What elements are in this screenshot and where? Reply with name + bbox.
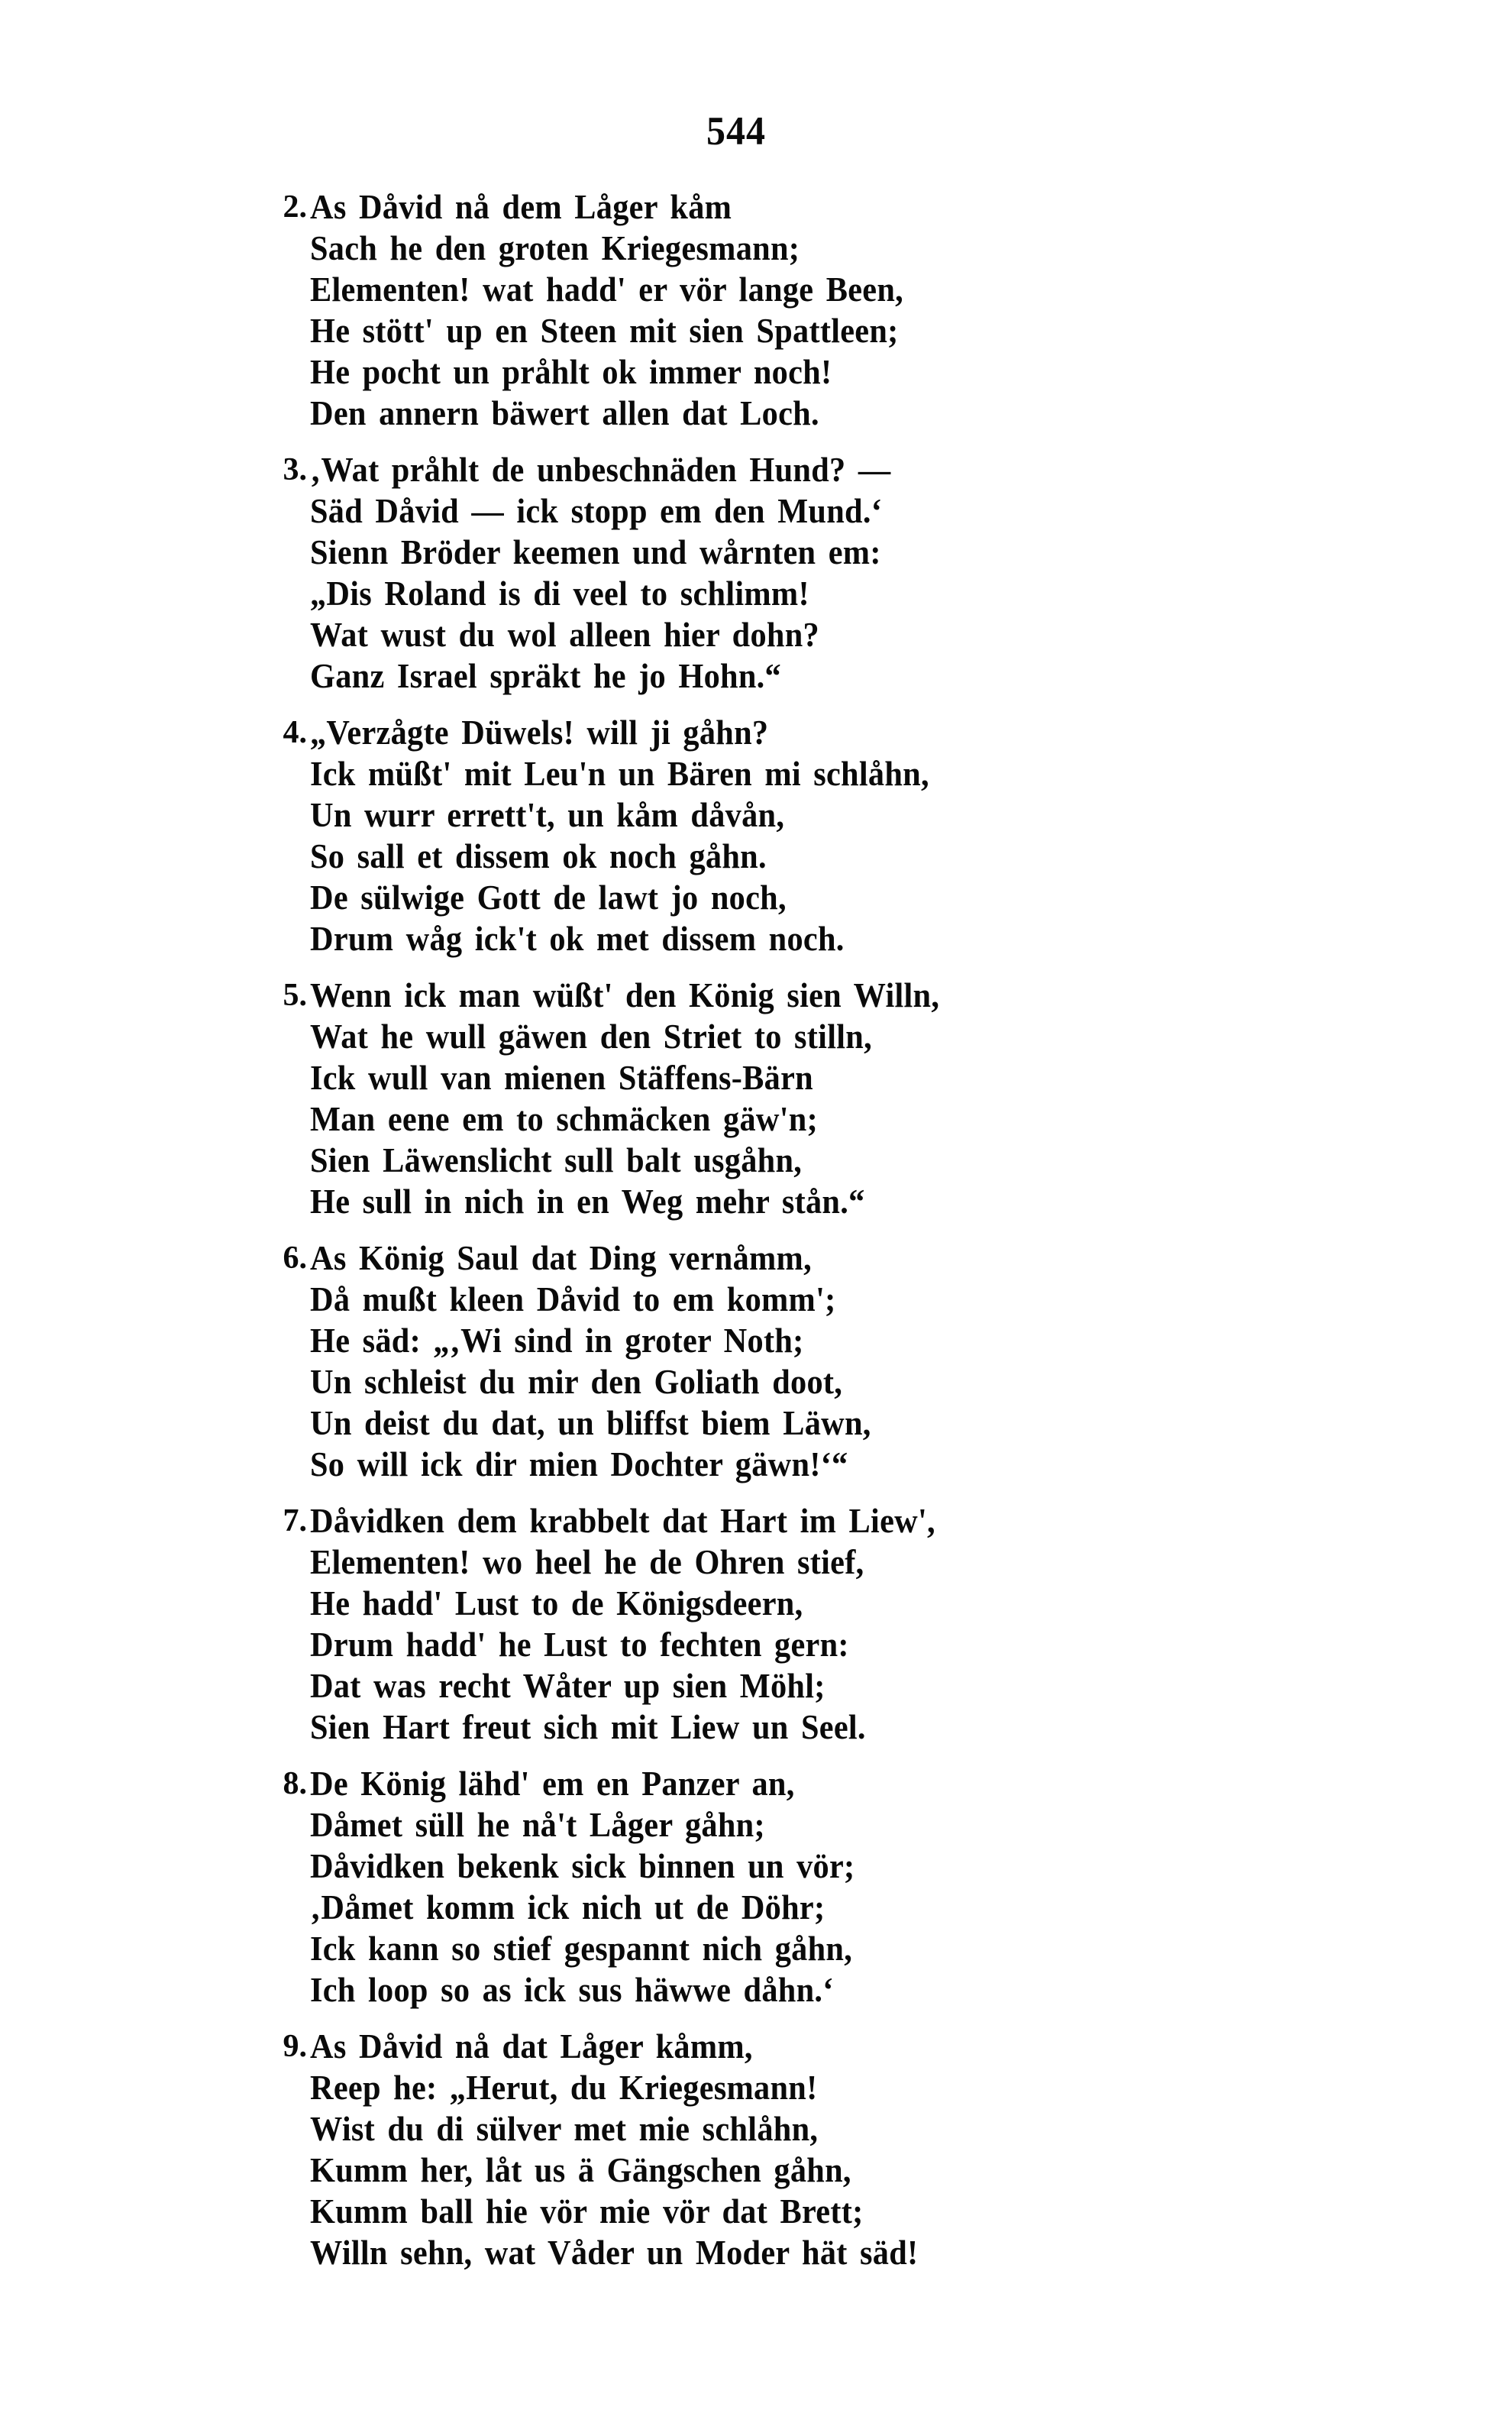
verse-line: Drum wåg ick't ok met dissem noch. [310, 918, 1045, 959]
stanza: 6. As König Saul dat Ding vernåmm, Då mu… [269, 1237, 1109, 1485]
stanza: 5. Wenn ick man wüßt' den König sien Wil… [269, 975, 1109, 1222]
stanza-lines: ‚Wat pråhlt de unbeschnäden Hund? — Säd … [310, 449, 1109, 697]
verse-line: Willn sehn, wat Våder un Moder hät säd! [310, 2232, 1045, 2273]
stanza-lines: As König Saul dat Ding vernåmm, Då mußt … [310, 1237, 1109, 1485]
stanza-number: 3. [269, 449, 307, 490]
verse-line: As König Saul dat Ding vernåmm, [310, 1237, 1045, 1279]
verse-line: Drum hadd' he Lust to fechten gern: [310, 1624, 1045, 1665]
verse-line: Säd Dåvid — ick stopp em den Mund.‘ [310, 490, 1045, 532]
verse-line: He hadd' Lust to de Königsdeern, [310, 1583, 1045, 1624]
verse-line: „Verzågte Düwels! will ji gåhn? [310, 712, 1045, 753]
verse-line: Un deist du dat, un bliffst biem Läwn, [310, 1402, 1045, 1444]
verse-line: De sülwige Gott de lawt jo noch, [310, 877, 1045, 918]
stanza-number: 6. [269, 1237, 307, 1279]
verse-line: Dåvidken bekenk sick binnen un vör; [310, 1846, 1045, 1887]
verse-line: He sull in nich in en Weg mehr stån.“ [310, 1181, 1045, 1222]
verse-line: He stött' up en Steen mit sien Spattleen… [310, 310, 1045, 351]
page-number: 544 [0, 112, 1512, 150]
verse-line: Ich loop so as ick sus häwwe dåhn.‘ [310, 1969, 1045, 2011]
stanza-lines: Wenn ick man wüßt' den König sien Willn,… [310, 975, 1109, 1222]
verse-line: Un wurr errett't, un kåm dåvån, [310, 794, 1045, 836]
stanza-number: 7. [269, 1500, 307, 1542]
stanza: 9. As Dåvid nå dat Låger kåmm, Reep he: … [269, 2026, 1109, 2273]
stanza-number: 2. [269, 186, 307, 228]
verse-line: Dåvidken dem krabbelt dat Hart im Liew', [310, 1500, 1045, 1542]
stanza: 4. „Verzågte Düwels! will ji gåhn? Ick m… [269, 712, 1109, 959]
stanza-number: 5. [269, 975, 307, 1016]
verse-line: Sien Hart freut sich mit Liew un Seel. [310, 1706, 1045, 1748]
verse-line: He säd: „‚Wi sind in groter Noth; [310, 1320, 1045, 1361]
stanza-number: 8. [269, 1763, 307, 1804]
verse-line: Wist du di sülver met mie schlåhn, [310, 2108, 1045, 2150]
verse-line: Reep he: „Herut, du Kriegesmann! [310, 2067, 1045, 2108]
verse-line: ‚Wat pråhlt de unbeschnäden Hund? — [310, 449, 1045, 490]
verse-line: Kumm ball hie vör mie vör dat Brett; [310, 2191, 1045, 2232]
verse-line: Kumm her, låt us ä Gängschen gåhn, [310, 2150, 1045, 2191]
verse-line: As Dåvid nå dat Låger kåmm, [310, 2026, 1045, 2067]
verse-line: Man eene em to schmäcken gäw'n; [310, 1098, 1045, 1140]
verse-line: Ick müßt' mit Leu'n un Bären mi schlåhn, [310, 753, 1045, 794]
page-number-text: 544 [706, 111, 766, 151]
verse-line: Ganz Israel spräkt he jo Hohn.“ [310, 655, 1045, 697]
verse-line: Elementen! wat hadd' er vör lange Been, [310, 269, 1045, 310]
verse-line: As Dåvid nå dem Låger kåm [310, 186, 1045, 228]
verse-line: Sien Läwenslicht sull balt usgåhn, [310, 1140, 1045, 1181]
verse-line: Wenn ick man wüßt' den König sien Willn, [310, 975, 1045, 1016]
poem: 2. As Dåvid nå dem Låger kåm Sach he den… [269, 186, 1109, 2289]
stanza: 7. Dåvidken dem krabbelt dat Hart im Lie… [269, 1500, 1109, 1748]
verse-line: Wat wust du wol alleen hier dohn? [310, 614, 1045, 655]
stanza: 3. ‚Wat pråhlt de unbeschnäden Hund? — S… [269, 449, 1109, 697]
verse-line: Den annern bäwert allen dat Loch. [310, 393, 1045, 434]
verse-line: Dat was recht Wåter up sien Möhl; [310, 1665, 1045, 1706]
stanza-number: 9. [269, 2026, 307, 2067]
verse-line: He pocht un pråhlt ok immer noch! [310, 351, 1045, 393]
stanza: 2. As Dåvid nå dem Låger kåm Sach he den… [269, 186, 1109, 434]
stanza-lines: De König lähd' em en Panzer an, Dåmet sü… [310, 1763, 1109, 2011]
verse-line: Sienn Bröder keemen und wårnten em: [310, 532, 1045, 573]
verse-line: De König lähd' em en Panzer an, [310, 1763, 1045, 1804]
verse-line: Då mußt kleen Dåvid to em komm'; [310, 1279, 1045, 1320]
stanza-number: 4. [269, 712, 307, 753]
stanza: 8. De König lähd' em en Panzer an, Dåmet… [269, 1763, 1109, 2011]
stanza-lines: As Dåvid nå dem Låger kåm Sach he den gr… [310, 186, 1109, 434]
verse-line: Sach he den groten Kriegesmann; [310, 228, 1045, 269]
verse-line: ‚Dåmet komm ick nich ut de Döhr; [310, 1887, 1045, 1928]
verse-line: Dåmet süll he nå't Låger gåhn; [310, 1804, 1045, 1846]
verse-line: Ick wull van mienen Stäffens-Bärn [310, 1057, 1045, 1098]
verse-line: Wat he wull gäwen den Striet to stilln, [310, 1016, 1045, 1057]
stanza-lines: Dåvidken dem krabbelt dat Hart im Liew',… [310, 1500, 1109, 1748]
verse-line: Ick kann so stief gespannt nich gåhn, [310, 1928, 1045, 1969]
stanza-lines: „Verzågte Düwels! will ji gåhn? Ick müßt… [310, 712, 1109, 959]
verse-line: So will ick dir mien Dochter gäwn!‘“ [310, 1444, 1045, 1485]
verse-line: So sall et dissem ok noch gåhn. [310, 836, 1045, 877]
verse-line: Un schleist du mir den Goliath doot, [310, 1361, 1045, 1402]
verse-line: „Dis Roland is di veel to schlimm! [310, 573, 1045, 614]
verse-line: Elementen! wo heel he de Ohren stief, [310, 1542, 1045, 1583]
stanza-lines: As Dåvid nå dat Låger kåmm, Reep he: „He… [310, 2026, 1109, 2273]
